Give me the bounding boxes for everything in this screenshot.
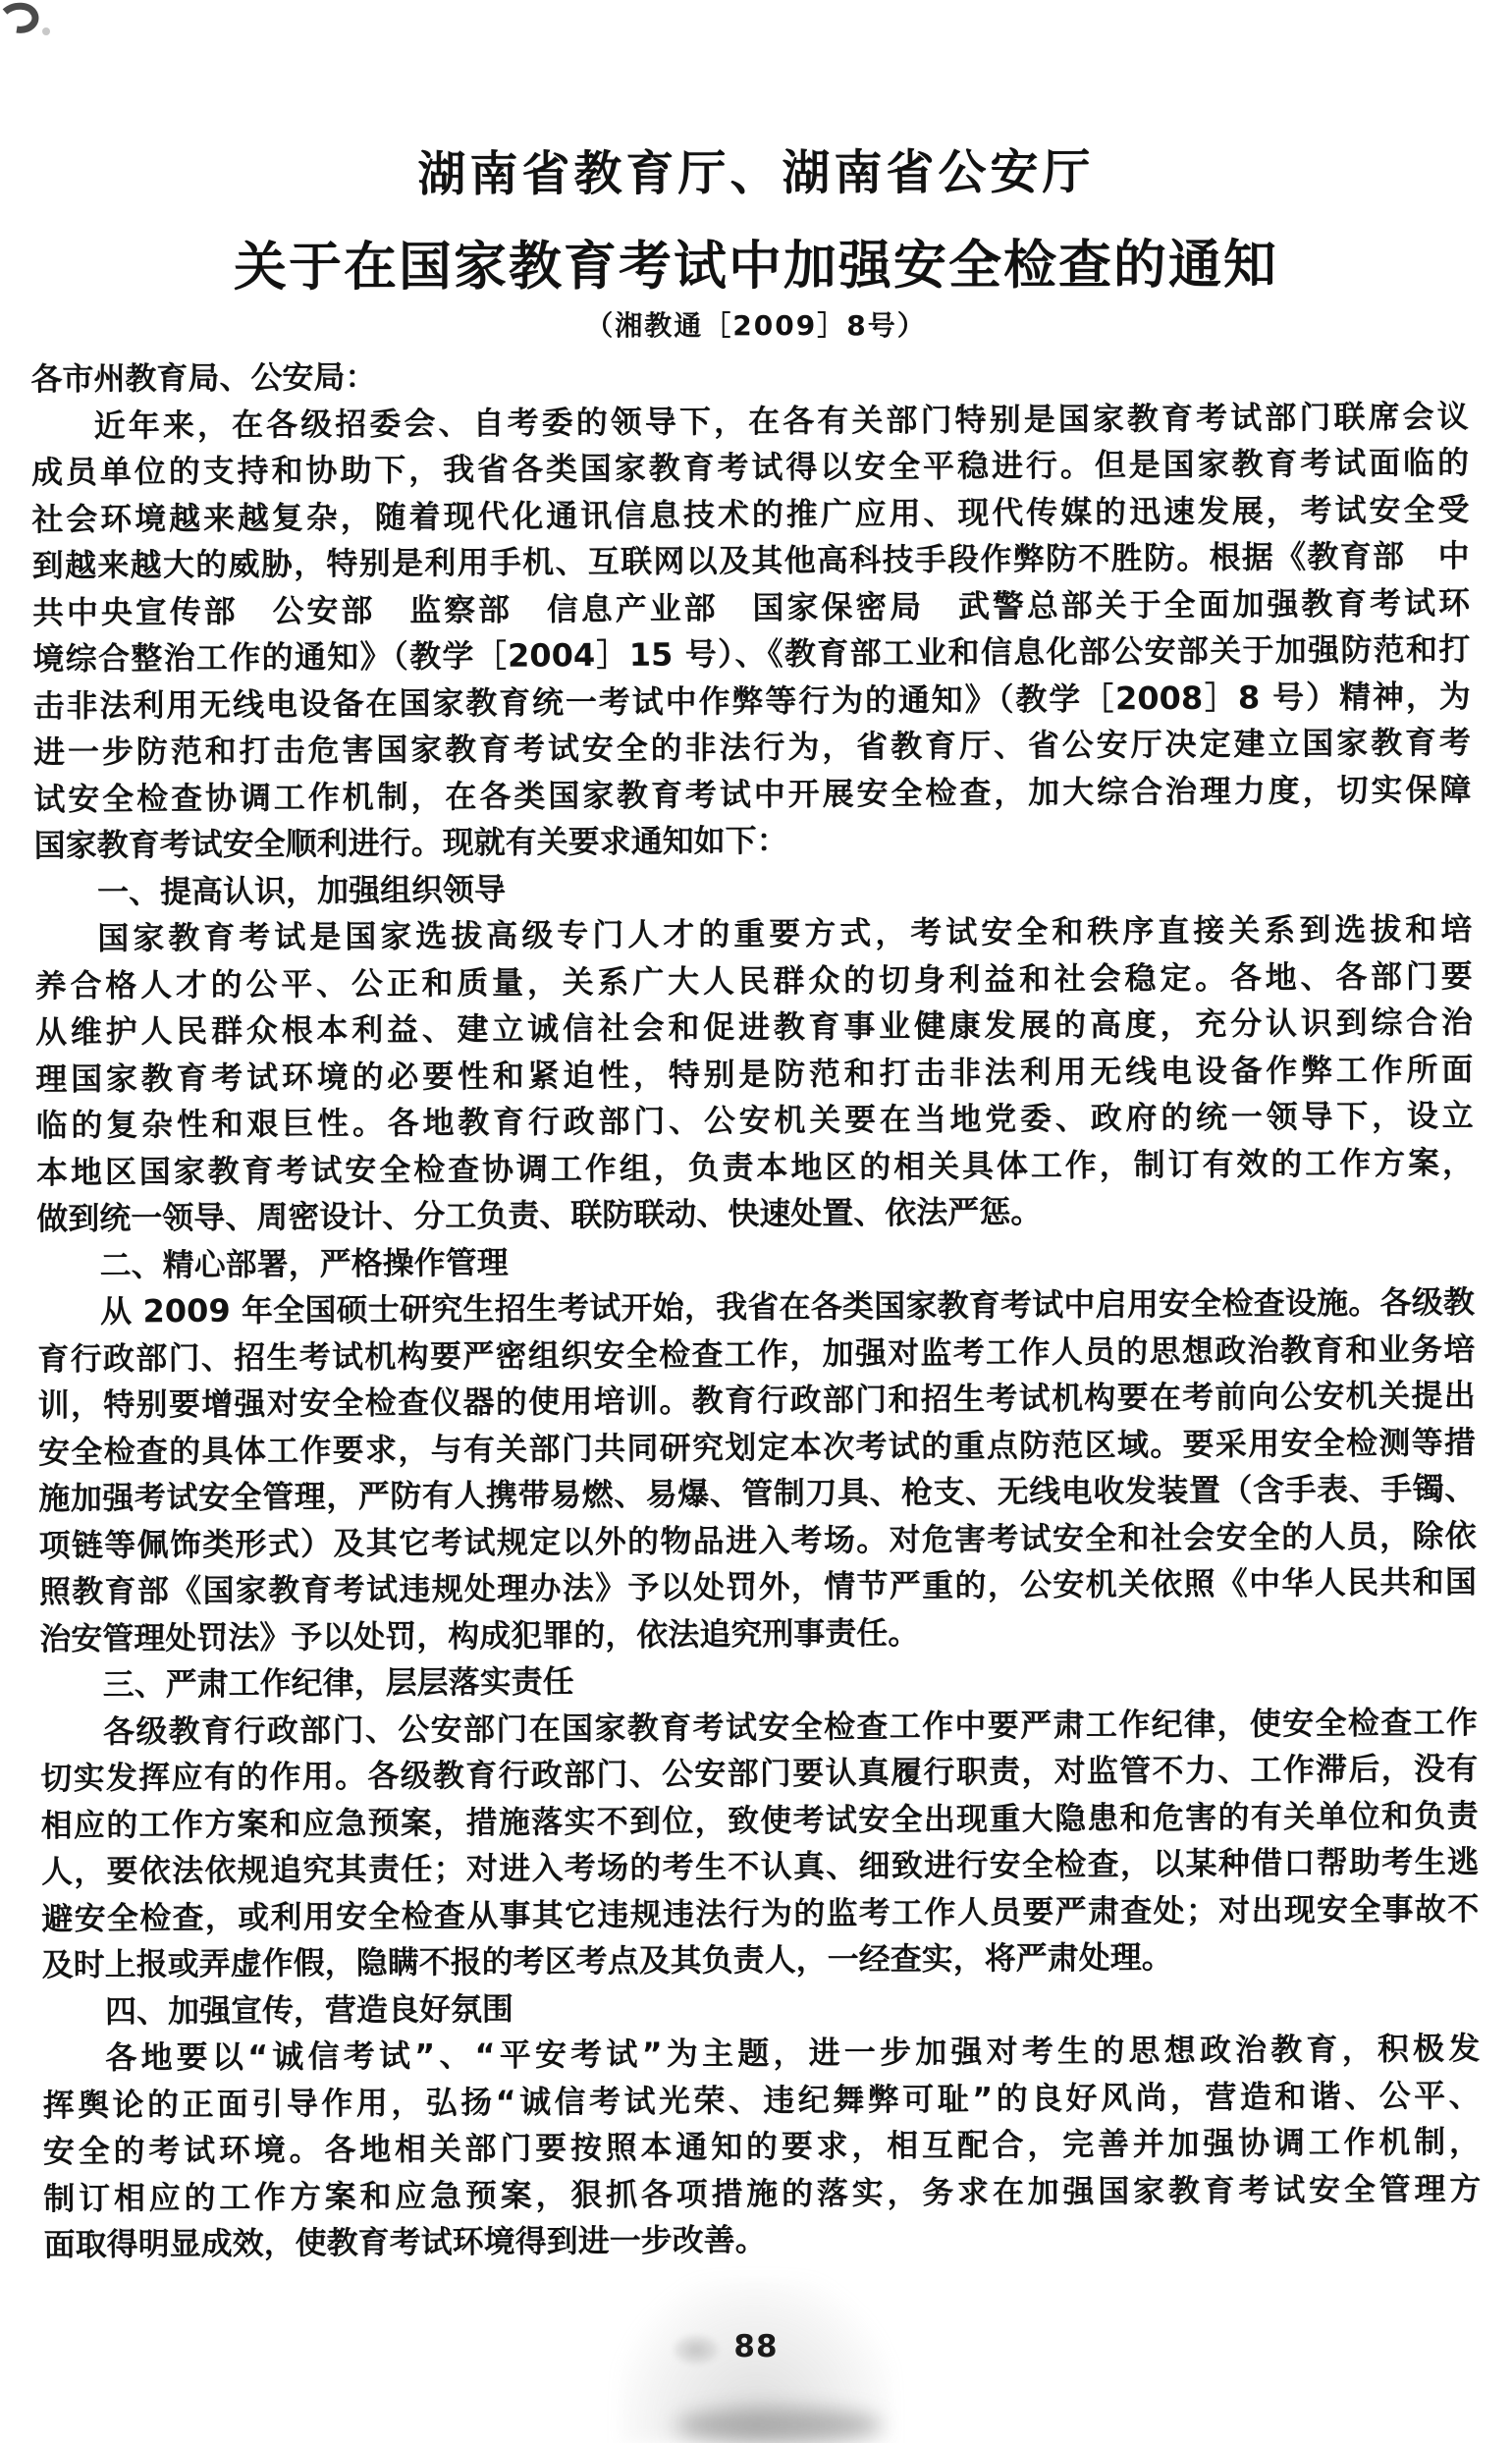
document-page: 湖南省教育厅、湖南省公安厅 关于在国家教育考试中加强安全检查的通知 （湘教通［2… — [0, 0, 1512, 2443]
page-number: 88 — [0, 2329, 1512, 2364]
doc-body: 各市州教育局、公安局：近年来，在各级招委会、自考委的领导下，在各有关部门特别是国… — [30, 347, 1482, 2269]
scan-artifact-corner — [2, 2, 57, 49]
corner-mark-shape — [2, 2, 57, 49]
doc-title-line2: 关于在国家教育考试中加强安全检查的通知 — [0, 222, 1512, 301]
doc-number: （湘教通［2009］8号） — [0, 304, 1512, 344]
doc-title-line1: 湖南省教育厅、湖南省公安厅 — [0, 133, 1512, 206]
text-line: 面取得明显成效，使教育考试环境得到进一步改善。 — [43, 2212, 1481, 2269]
scan-smear-dark — [675, 2408, 882, 2443]
